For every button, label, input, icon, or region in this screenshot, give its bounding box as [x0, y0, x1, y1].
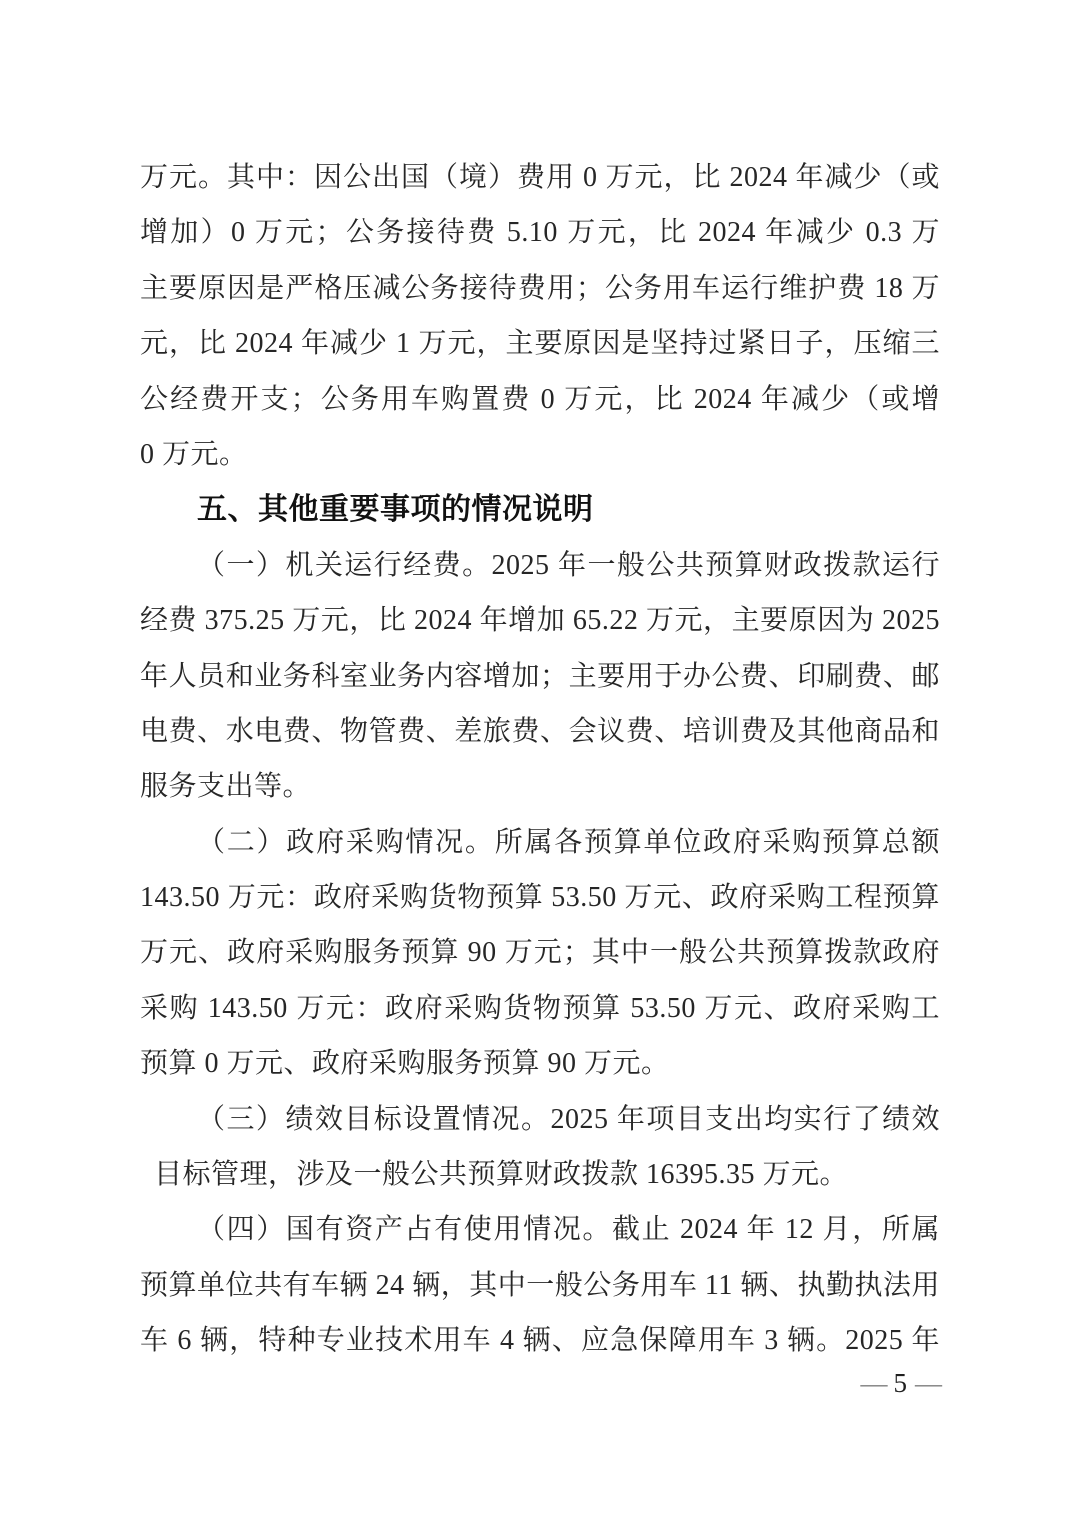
text-line: 目标管理，涉及一般公共预算财政拨款 16395.35 万元。 — [140, 1147, 940, 1202]
text-line: 0 万元。 — [140, 427, 940, 482]
text-line: 公经费开支；公务用车购置费 0 万元，比 2024 年减少（或增加） — [140, 372, 940, 427]
text-line: 电费、水电费、物管费、差旅费、会议费、培训费及其他商品和 — [140, 704, 940, 759]
page-footer: —5— — [140, 1363, 940, 1403]
text-line: 经费 375.25 万元，比 2024 年增加 65.22 万元，主要原因为 2… — [140, 593, 940, 648]
text-line: 增加）0 万元；公务接待费 5.10 万元，比 2024 年减少 0.3 万元， — [140, 205, 940, 260]
text-line: （三）绩效目标设置情况。2025 年项目支出均实行了绩效 — [140, 1092, 940, 1147]
text-line: 万元。其中：因公出国（境）费用 0 万元，比 2024 年减少（或 — [140, 150, 940, 205]
text-line: 143.50 万元：政府采购货物预算 53.50 万元、政府采购工程预算 — [140, 870, 940, 925]
page-number-dash-left: — — [861, 1368, 886, 1398]
text-line: 元，比 2024 年减少 1 万元，主要原因是坚持过紧日子，压缩三 — [140, 316, 940, 371]
text-line: （二）政府采购情况。所属各预算单位政府采购预算总额 — [140, 815, 940, 870]
text-line: 万元、政府采购服务预算 90 万元；其中一般公共预算拨款政府 — [140, 925, 940, 980]
document-page: 万元。其中：因公出国（境）费用 0 万元，比 2024 年减少（或 增加）0 万… — [0, 0, 1074, 1520]
text-line: （一）机关运行经费。2025 年一般公共预算财政拨款运行 — [140, 538, 940, 593]
text-line: 车 6 辆，特种专业技术用车 4 辆、应急保障用车 3 辆。2025 年 — [140, 1313, 940, 1368]
section-heading: 五、其他重要事项的情况说明 — [140, 482, 940, 537]
document-body: 万元。其中：因公出国（境）费用 0 万元，比 2024 年减少（或 增加）0 万… — [140, 150, 940, 1369]
text-line: 预算 0 万元、政府采购服务预算 90 万元。 — [140, 1036, 940, 1091]
text-line: 年人员和业务科室业务内容增加；主要用于办公费、印刷费、邮 — [140, 649, 940, 704]
text-line: （四）国有资产占有使用情况。截止 2024 年 12 月，所属各 — [140, 1202, 940, 1257]
text-line: 预算单位共有车辆 24 辆，其中一般公务用车 11 辆、执勤执法用 — [140, 1258, 940, 1313]
text-line: 服务支出等。 — [140, 759, 940, 814]
page-number: 5 — [894, 1368, 908, 1398]
text-line: 采购 143.50 万元：政府采购货物预算 53.50 万元、政府采购工程 — [140, 981, 940, 1036]
text-line: 主要原因是严格压减公务接待费用；公务用车运行维护费 18 万 — [140, 261, 940, 316]
page-number-dash-right: — — [915, 1368, 940, 1398]
